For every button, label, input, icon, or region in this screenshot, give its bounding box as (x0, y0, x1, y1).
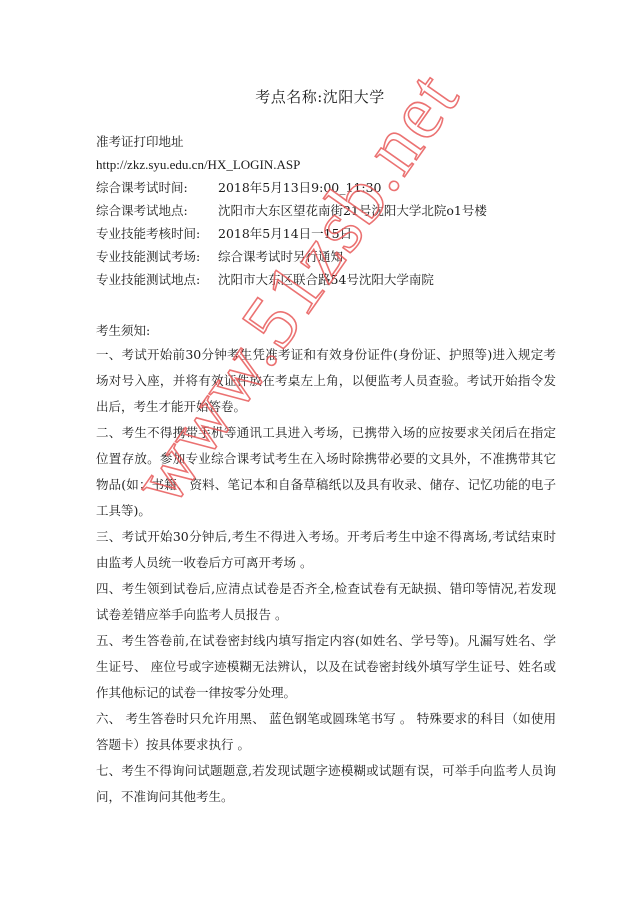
info-row-skill-test-location: 专业技能测试地点: 沈阳市大东区联合路54号沈阳大学南院 (96, 268, 556, 291)
info-row-skill-assessment-time: 专业技能考核时间: 2018年5月14日一15日 (96, 222, 556, 245)
info-label: 综合课考试地点: (96, 199, 218, 222)
info-value: 沈阳市大东区联合路54号沈阳大学南院 (218, 268, 434, 291)
info-label: 综合课考试时间: (96, 176, 218, 199)
notice-heading: 考生须知: (96, 319, 556, 342)
info-label: 专业技能考核时间: (96, 222, 218, 245)
notice-item-3: 三、考试开始30分钟后,考生不得进入考场。开考后考生中途不得离场,考试结束时由监… (96, 524, 556, 576)
info-row-skill-test-room: 专业技能测试考场: 综合课考试时另行通知 (96, 245, 556, 268)
notice-item-2: 二、考生不得携带手机等通讯工具进入考场，已携带入场的应按要求关闭后在指定位置存放… (96, 420, 556, 524)
notice-item-5: 五、考生答卷前,在试卷密封线内填写指定内容(如姓名、学号等)。凡漏写姓名、学生证… (96, 628, 556, 706)
info-value: 2018年5月14日一15日 (218, 222, 352, 245)
print-address-link[interactable]: http://zkz.syu.edu.cn/HX_LOGIN.ASP (96, 153, 556, 176)
notice-item-7: 七、考生不得询问试题题意,若发现试题字迹模糊或试题有误，可举手向监考人员询问，不… (96, 758, 556, 810)
info-label: 专业技能测试地点: (96, 268, 218, 291)
notice-item-6: 六、 考生答卷时只允许用黑、 蓝色钢笔或圆珠笔书写 。 特殊要求的科目（如使用答… (96, 706, 556, 758)
print-address-label: 准考证打印地址 (96, 130, 556, 153)
notice-item-1: 一、考试开始前30分钟考生凭准考证和有效身份证件(身份证、护照等)进入规定考场对… (96, 342, 556, 420)
info-value: 2018年5月13日9:00_11:30 (218, 176, 382, 199)
info-label: 专业技能测试考场: (96, 245, 218, 268)
document-body: 准考证打印地址 http://zkz.syu.edu.cn/HX_LOGIN.A… (96, 130, 556, 810)
page-title: 考点名称:沈阳大学 (0, 86, 640, 107)
notice-item-4: 四、考生领到试卷后,应清点试卷是否齐全,检查试卷有无缺损、错印等情况,若发现试卷… (96, 576, 556, 628)
info-value: 综合课考试时另行通知 (218, 245, 343, 268)
info-row-exam-location: 综合课考试地点: 沈阳市大东区望花南街21号沈阳大学北院o1号楼 (96, 199, 556, 222)
info-row-exam-time: 综合课考试时间: 2018年5月13日9:00_11:30 (96, 176, 556, 199)
info-value: 沈阳市大东区望花南街21号沈阳大学北院o1号楼 (218, 199, 487, 222)
